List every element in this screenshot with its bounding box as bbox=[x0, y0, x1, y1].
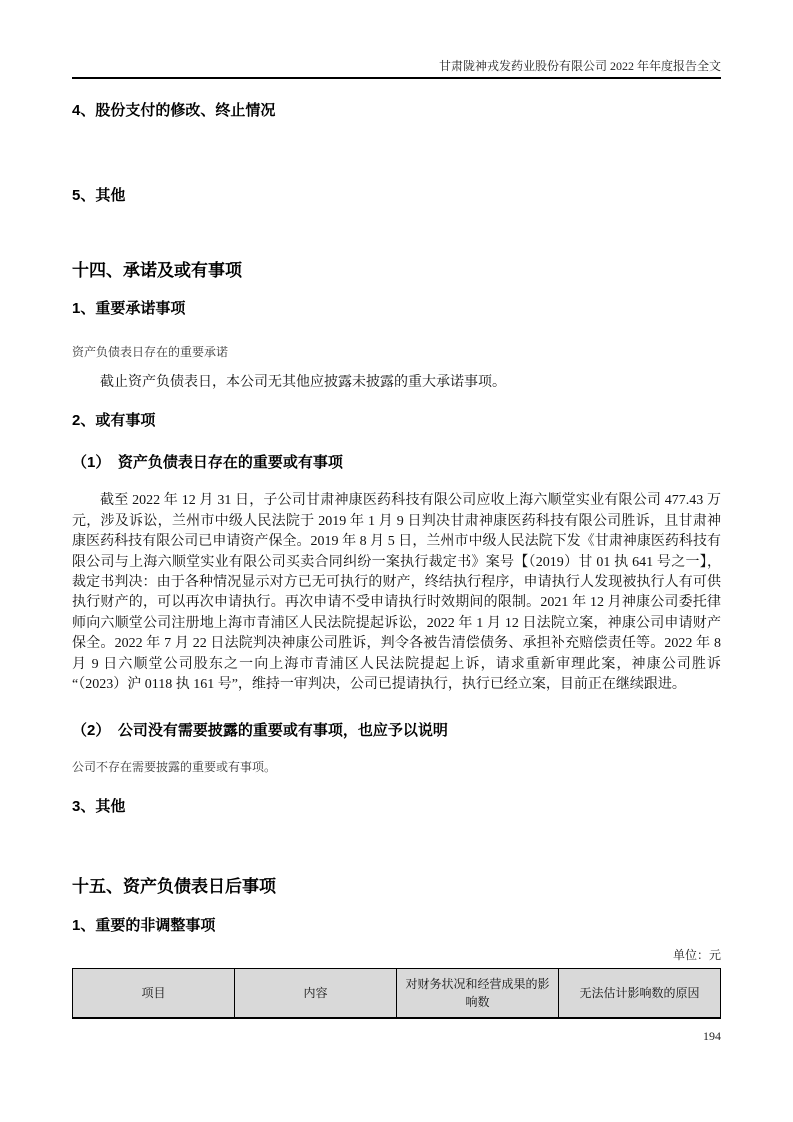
heading-share-payment-modification: 4、股份支付的修改、终止情况 bbox=[72, 101, 721, 121]
subsection-other-title: 3、其他 bbox=[72, 797, 721, 817]
section-14-title: 十四、承诺及或有事项 bbox=[72, 259, 721, 283]
table-header-impact: 对财务状况和经营成果的影响数 bbox=[397, 969, 559, 1019]
table-header-row: 项目 内容 对财务状况和经营成果的影响数 无法估计影响数的原因 bbox=[73, 969, 721, 1019]
section-15-title: 十五、资产负债表日后事项 bbox=[72, 875, 721, 899]
important-commitments-paragraph: 截止资产负债表日，本公司无其他应披露未披露的重大承诺事项。 bbox=[72, 373, 721, 393]
contingency-item-1-paragraph: 截至 2022 年 12 月 31 日，子公司甘肃神康医药科技有限公司应收上海六… bbox=[72, 491, 721, 695]
heading-share-payment-other: 5、其他 bbox=[72, 186, 721, 206]
non-adjusting-events-table: 项目 内容 对财务状况和经营成果的影响数 无法估计影响数的原因 bbox=[72, 968, 721, 1019]
subsection-contingencies-title: 2、或有事项 bbox=[72, 411, 721, 431]
subsection-important-commitments-title: 1、重要承诺事项 bbox=[72, 299, 721, 319]
header-divider bbox=[72, 77, 721, 79]
table-header-content: 内容 bbox=[235, 969, 397, 1019]
subsection-non-adjusting-title: 1、重要的非调整事项 bbox=[72, 916, 721, 936]
page-number: 194 bbox=[72, 1029, 721, 1044]
table-header-item: 项目 bbox=[73, 969, 235, 1019]
contingency-item-2-paragraph: 公司不存在需要披露的重要或有事项。 bbox=[72, 759, 721, 775]
running-header: 甘肃陇神戎发药业股份有限公司 2022 年年度报告全文 bbox=[72, 0, 721, 74]
contingency-item-1-title: （1） 资产负债表日存在的重要或有事项 bbox=[72, 453, 721, 473]
document-page: 甘肃陇神戎发药业股份有限公司 2022 年年度报告全文 4、股份支付的修改、终止… bbox=[0, 0, 793, 1122]
unit-label: 单位：元 bbox=[72, 947, 721, 963]
table-header-reason: 无法估计影响数的原因 bbox=[559, 969, 721, 1019]
contingency-item-2-title: （2） 公司没有需要披露的重要或有事项，也应予以说明 bbox=[72, 721, 721, 741]
important-commitments-note: 资产负债表日存在的重要承诺 bbox=[72, 344, 721, 360]
